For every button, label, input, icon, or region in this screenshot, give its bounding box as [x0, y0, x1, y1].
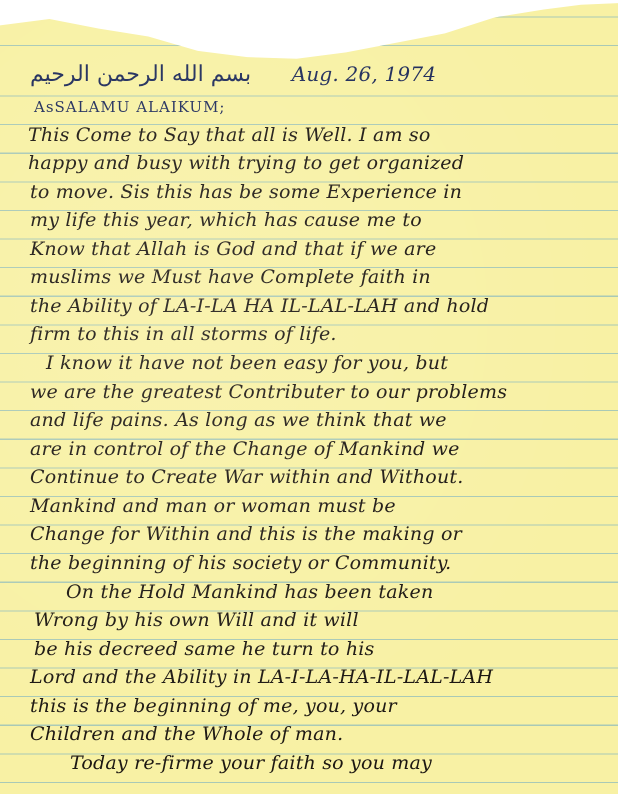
letter-line: we are the greatest Contributer to our p… [30, 381, 507, 403]
letter-line: Lord and the Ability in LA-I-LA-HA-IL-LA… [30, 666, 493, 688]
letter-date: Aug. 26, 1974 [292, 62, 437, 86]
letter-line: Wrong by his own Will and it will [34, 609, 359, 631]
arabic-invocation: بسم الله الرحمن الرحيم [30, 62, 251, 87]
letter-line: this is the beginning of me, you, your [30, 695, 397, 717]
letter-line: Today re-firme your faith so you may [70, 752, 432, 774]
letter-line: the Ability of LA-I-LA HA IL-LAL-LAH and… [30, 295, 489, 317]
letter-line: be his decreed same he turn to his [34, 638, 374, 660]
letter-line: Children and the Whole of man. [30, 723, 343, 745]
letter-line: This Come to Say that all is Well. I am … [28, 124, 431, 146]
letter-line: firm to this in all storms of life. [30, 323, 337, 345]
letter-line: happy and busy with trying to get organi… [28, 152, 464, 174]
letter-line: are in control of the Change of Mankind … [30, 438, 460, 460]
letter-line: muslims we Must have Complete faith in [30, 266, 431, 288]
salutation: AsSALAMU ALAIKUM; [34, 98, 225, 116]
letter-header: بسم الله الرحمن الرحيم Aug. 26, 1974 [30, 62, 436, 87]
letter-line: to move. Sis this has be some Experience… [30, 181, 462, 203]
letter-line: Know that Allah is God and that if we ar… [30, 238, 436, 260]
letter-line: and life pains. As long as we think that… [30, 409, 447, 431]
letter-line: my life this year, which has cause me to [30, 209, 422, 231]
letter-line: Continue to Create War within and Withou… [30, 466, 463, 488]
yellow-legal-paper: بسم الله الرحمن الرحيم Aug. 26, 1974 AsS… [0, 0, 618, 794]
letter-line: Mankind and man or woman must be [30, 495, 396, 517]
letter-line: Change for Within and this is the making… [30, 523, 462, 545]
letter-line: the beginning of his society or Communit… [30, 552, 451, 574]
letter-line: I know it have not been easy for you, bu… [46, 352, 448, 374]
letter-line: On the Hold Mankind has been taken [66, 581, 433, 603]
